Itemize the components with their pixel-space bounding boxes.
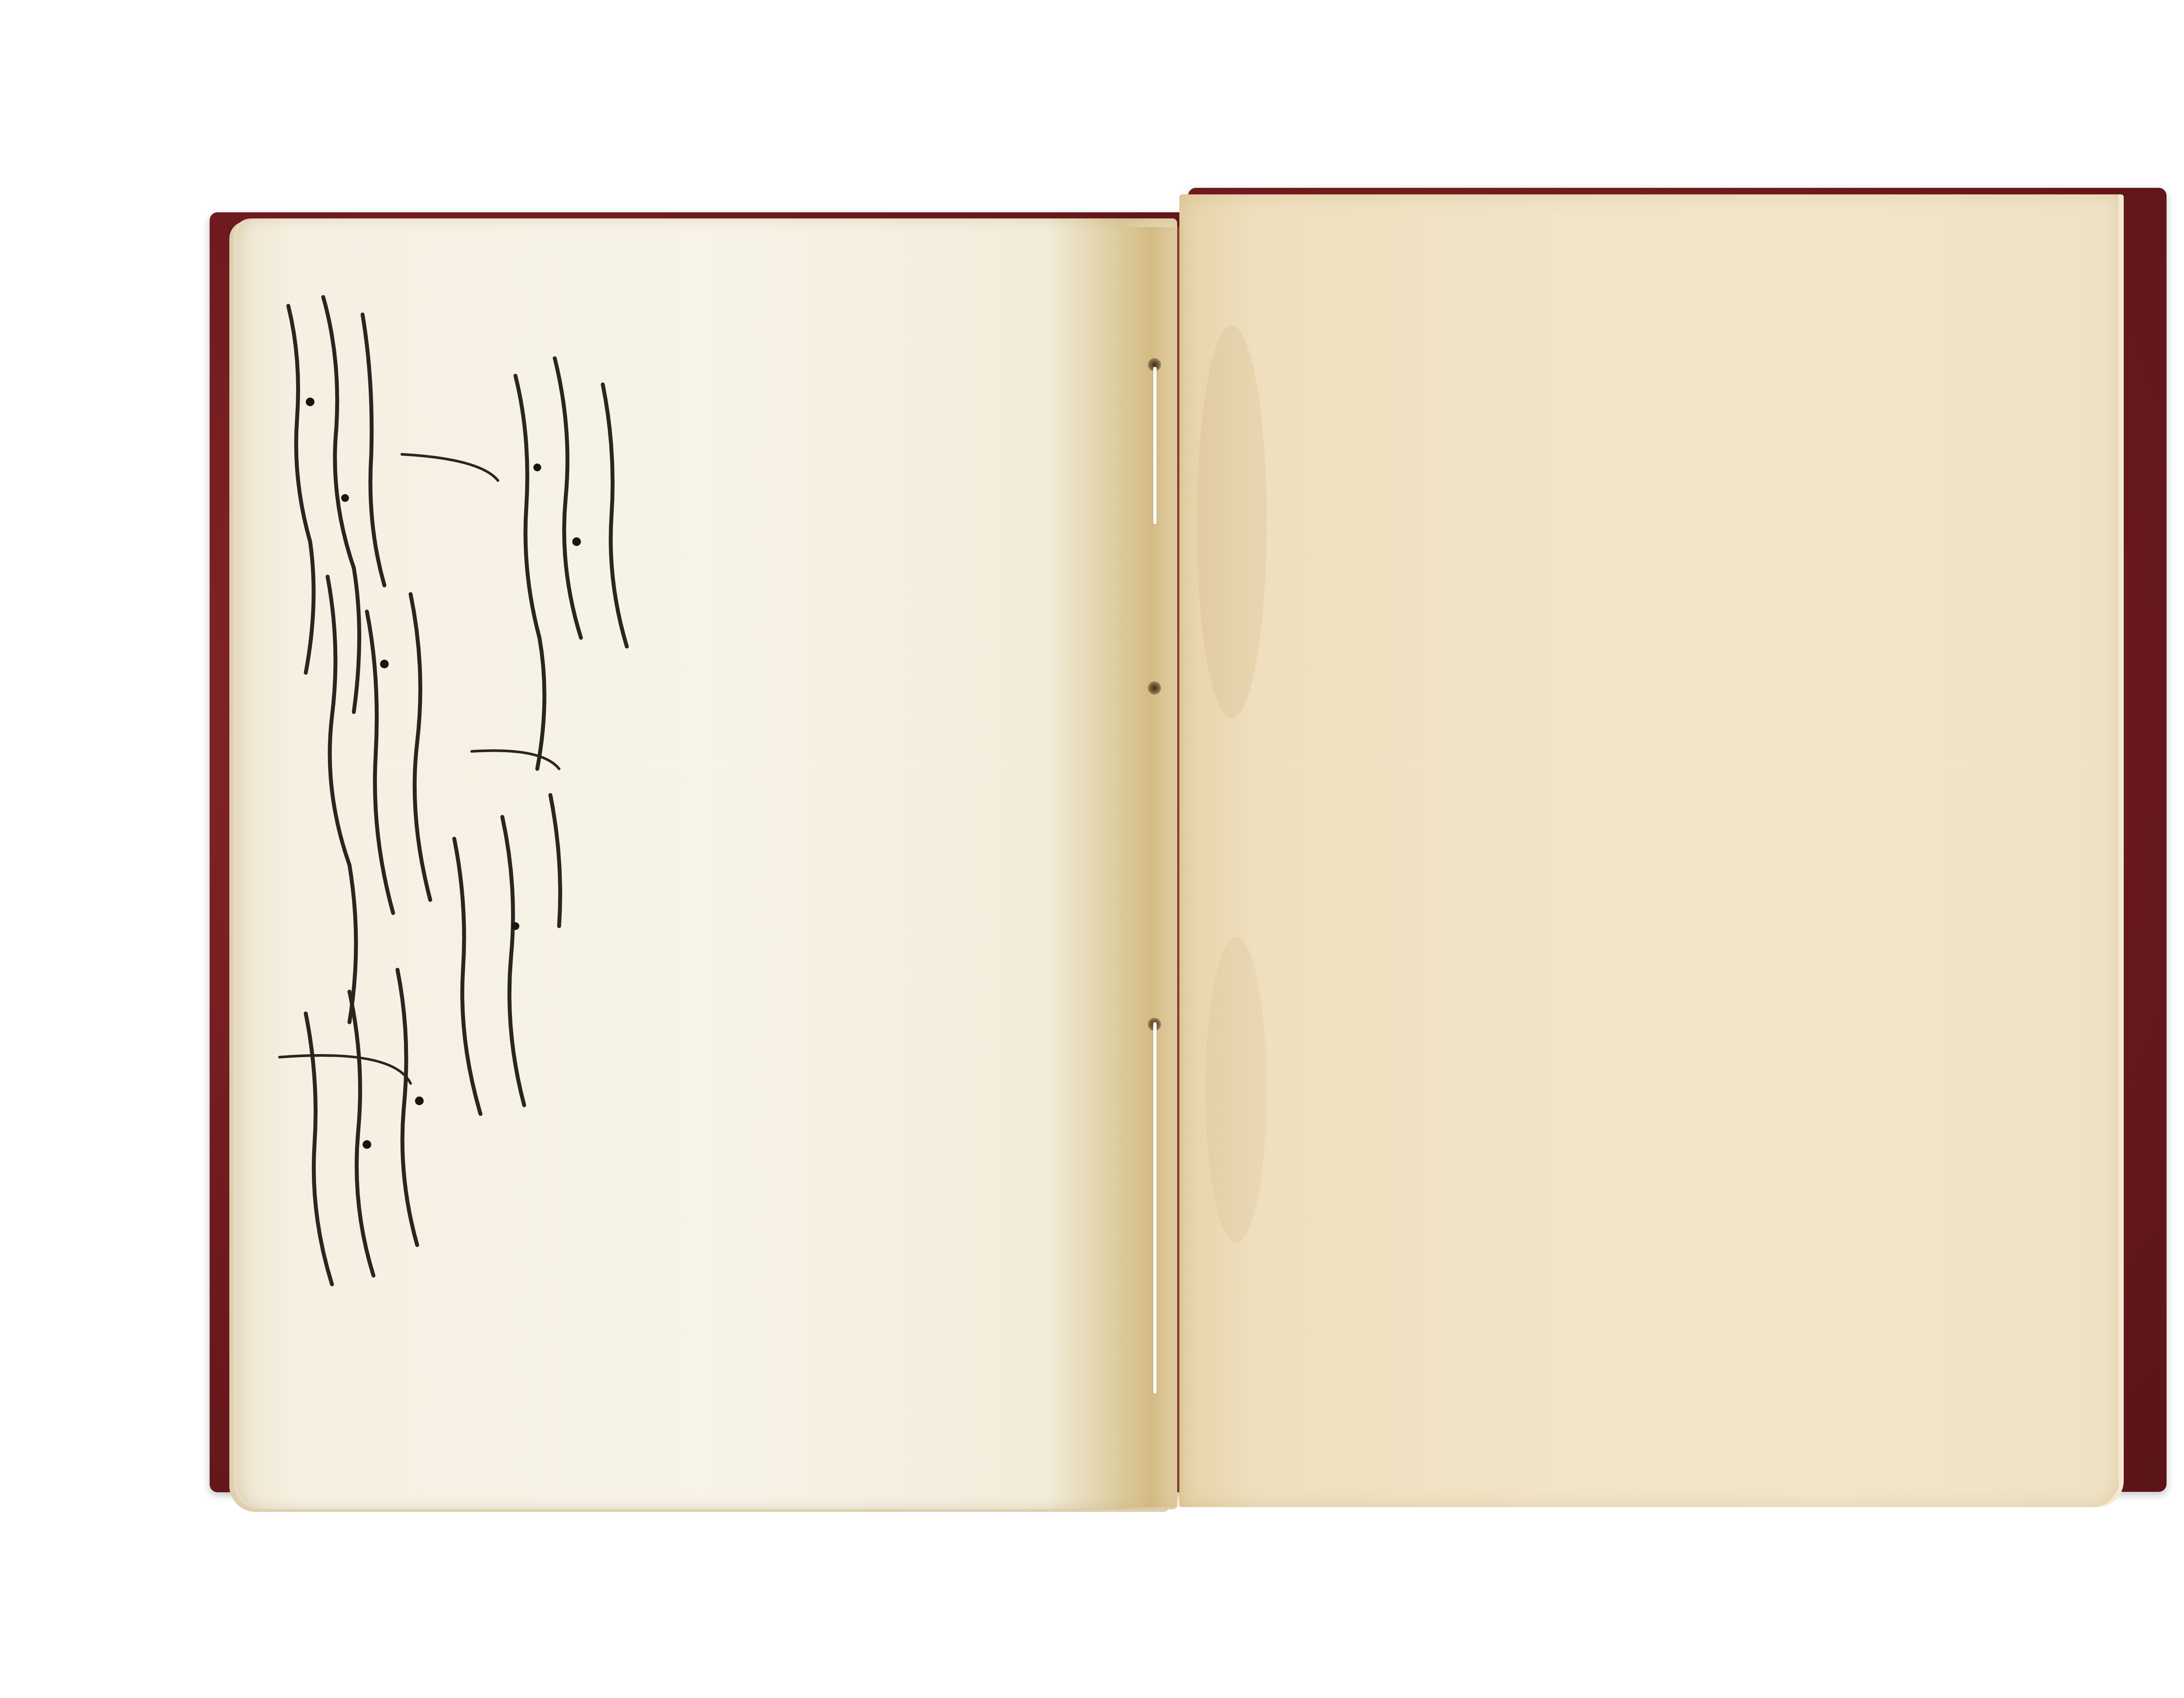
gutter-stain xyxy=(1118,227,1184,1507)
binding-thread xyxy=(1153,1022,1157,1394)
handwritten-script xyxy=(271,271,751,1385)
binding-thread xyxy=(1153,367,1157,524)
stitch-hole xyxy=(1148,681,1161,695)
water-stain xyxy=(1197,325,1267,719)
water-stain xyxy=(1206,937,1267,1243)
script-strokes-icon xyxy=(271,271,751,1385)
right-blank-page xyxy=(1179,194,2118,1507)
